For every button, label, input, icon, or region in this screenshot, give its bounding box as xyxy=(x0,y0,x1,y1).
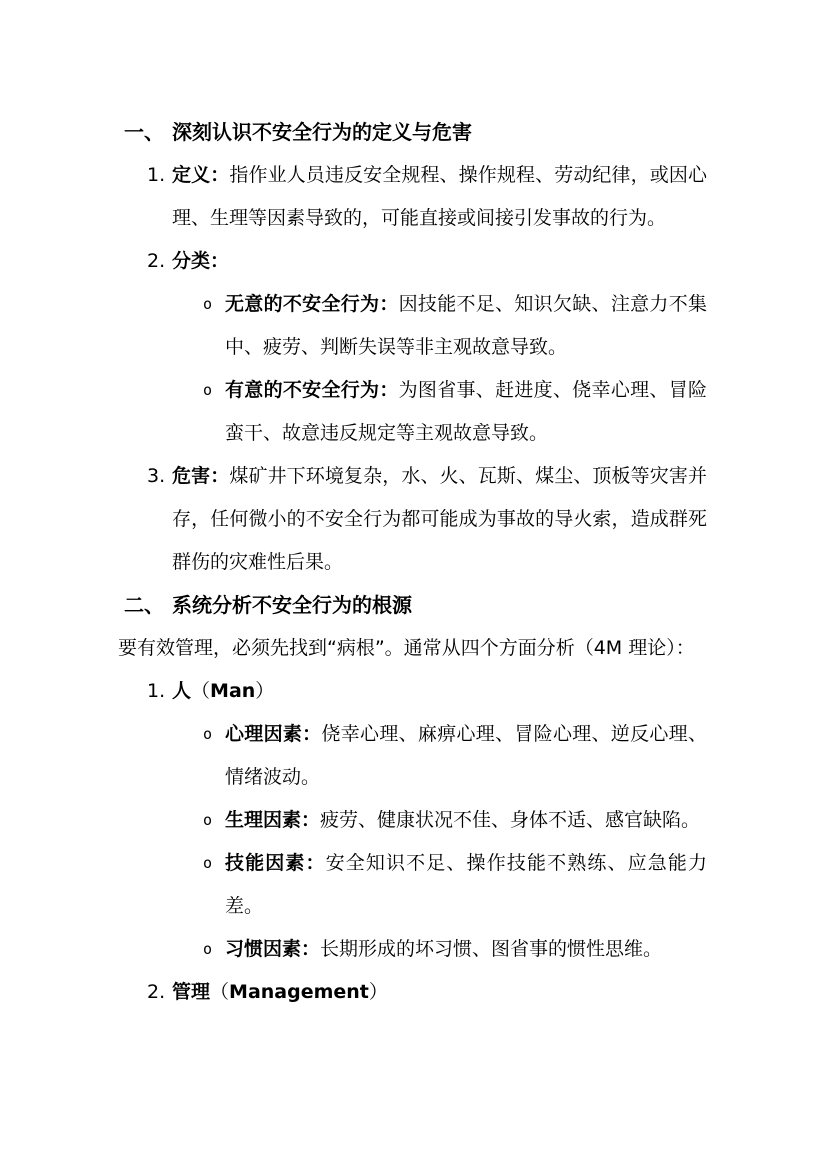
item-text: 人（Man） xyxy=(172,680,274,702)
item-text: 有意的不安全行为：为图省事、赶进度、侥幸心理、冒险蛮干、故意违反规定等主观故意导… xyxy=(225,379,707,444)
heading-number: 二、 xyxy=(124,584,164,627)
item-text: 心理因素：侥幸心理、麻痹心理、冒险心理、逆反心理、情绪波动。 xyxy=(225,723,707,788)
text-run: 人 xyxy=(172,680,191,702)
document-page: 一、 深刻认识不安全行为的定义与危害 1. 定义：指作业人员违反安全规程、操作规… xyxy=(0,0,826,1169)
list-number: 1. xyxy=(147,154,165,197)
text-run: ） xyxy=(369,981,388,1003)
text-run: 管理 xyxy=(172,981,210,1003)
list-number: 2. xyxy=(147,971,165,1014)
numbered-item-definition: 1. 定义：指作业人员违反安全规程、操作规程、劳动纪律，或因心理、生理等因素导致… xyxy=(118,154,707,240)
bullet-item-psychological: o 心理因素：侥幸心理、麻痹心理、冒险心理、逆反心理、情绪波动。 xyxy=(118,713,707,799)
bullet-item-skill: o 技能因素：安全知识不足、操作技能不熟练、应急能力差。 xyxy=(118,842,707,928)
text-run: （ xyxy=(191,680,210,702)
bullet-item-intentional: o 有意的不安全行为：为图省事、赶进度、侥幸心理、冒险蛮干、故意违反规定等主观故… xyxy=(118,369,707,455)
text-run: 无意的不安全行为： xyxy=(225,293,399,315)
heading-text: 深刻认识不安全行为的定义与危害 xyxy=(172,120,472,144)
item-text: 无意的不安全行为：因技能不足、知识欠缺、注意力不集中、疲劳、判断失误等非主观故意… xyxy=(225,293,707,358)
bullet-item-physiological: o 生理因素：疲劳、健康状况不佳、身体不适、感官缺陷。 xyxy=(118,799,707,842)
text-run: Man xyxy=(210,680,255,702)
bullet-item-habit: o 习惯因素：长期形成的坏习惯、图省事的惯性思维。 xyxy=(118,928,707,971)
text-run: Management xyxy=(229,981,369,1003)
text-run: 生理因素： xyxy=(225,809,320,831)
item-text: 定义：指作业人员违反安全规程、操作规程、劳动纪律，或因心理、生理等因素导致的，可… xyxy=(172,164,707,229)
text-run: 煤矿井下环境复杂，水、火、瓦斯、煤尘、顶板等灾害并存，任何微小的不安全行为都可能… xyxy=(172,465,707,573)
item-text: 管理（Management） xyxy=(172,981,388,1003)
item-text: 生理因素：疲劳、健康状况不佳、身体不适、感官缺陷。 xyxy=(225,809,700,831)
document-content: 一、 深刻认识不安全行为的定义与危害 1. 定义：指作业人员违反安全规程、操作规… xyxy=(118,111,707,1014)
numbered-item-management: 2. 管理（Management） xyxy=(118,971,707,1014)
text-run: 分类： xyxy=(172,250,229,272)
text-run: 定义： xyxy=(172,164,229,186)
list-number: 2. xyxy=(147,240,165,283)
text-run: 理论）： xyxy=(622,637,695,659)
bullet-marker-icon: o xyxy=(203,842,212,885)
bullet-item-unintentional: o 无意的不安全行为：因技能不足、知识欠缺、注意力不集中、疲劳、判断失误等非主观… xyxy=(118,283,707,369)
item-text: 习惯因素：长期形成的坏习惯、图省事的惯性思维。 xyxy=(225,938,662,960)
text-run: 习惯因素： xyxy=(225,938,320,960)
text-run: 4M xyxy=(594,637,622,659)
text-run: 要有效管理，必须先找到“病根”。通常从四个方面分析（ xyxy=(118,637,594,659)
bullet-marker-icon: o xyxy=(203,713,212,756)
text-run: （ xyxy=(210,981,229,1003)
heading-number: 一、 xyxy=(124,111,164,154)
numbered-item-man: 1. 人（Man） xyxy=(118,670,707,713)
item-text: 危害：煤矿井下环境复杂，水、火、瓦斯、煤尘、顶板等灾害并存，任何微小的不安全行为… xyxy=(172,465,707,573)
bullet-marker-icon: o xyxy=(203,283,212,326)
text-run: 心理因素： xyxy=(225,723,321,745)
list-number: 3. xyxy=(147,455,165,498)
text-run: 疲劳、健康状况不佳、身体不适、感官缺陷。 xyxy=(320,809,700,831)
text-run: 技能因素： xyxy=(225,852,326,874)
numbered-item-classification: 2. 分类： xyxy=(118,240,707,283)
text-run: 有意的不安全行为： xyxy=(225,379,399,401)
numbered-item-harm: 3. 危害：煤矿井下环境复杂，水、火、瓦斯、煤尘、顶板等灾害并存，任何微小的不安… xyxy=(118,455,707,584)
paragraph-intro-4m: 要有效管理，必须先找到“病根”。通常从四个方面分析（4M 理论）： xyxy=(118,627,707,670)
item-text: 分类： xyxy=(172,250,229,272)
item-text: 技能因素：安全知识不足、操作技能不熟练、应急能力差。 xyxy=(225,852,707,917)
bullet-marker-icon: o xyxy=(203,799,212,842)
text-run: 长期形成的坏习惯、图省事的惯性思维。 xyxy=(320,938,662,960)
text-run: 危害： xyxy=(172,465,229,487)
section-heading-2: 二、 系统分析不安全行为的根源 xyxy=(118,584,707,627)
text-run: 指作业人员违反安全规程、操作规程、劳动纪律，或因心理、生理等因素导致的，可能直接… xyxy=(172,164,707,229)
bullet-marker-icon: o xyxy=(203,928,212,971)
heading-text: 系统分析不安全行为的根源 xyxy=(172,593,412,617)
section-heading-1: 一、 深刻认识不安全行为的定义与危害 xyxy=(118,111,707,154)
bullet-marker-icon: o xyxy=(203,369,212,412)
text-run: ） xyxy=(255,680,274,702)
paragraph-text: 要有效管理，必须先找到“病根”。通常从四个方面分析（4M 理论）： xyxy=(118,637,695,659)
list-number: 1. xyxy=(147,670,165,713)
